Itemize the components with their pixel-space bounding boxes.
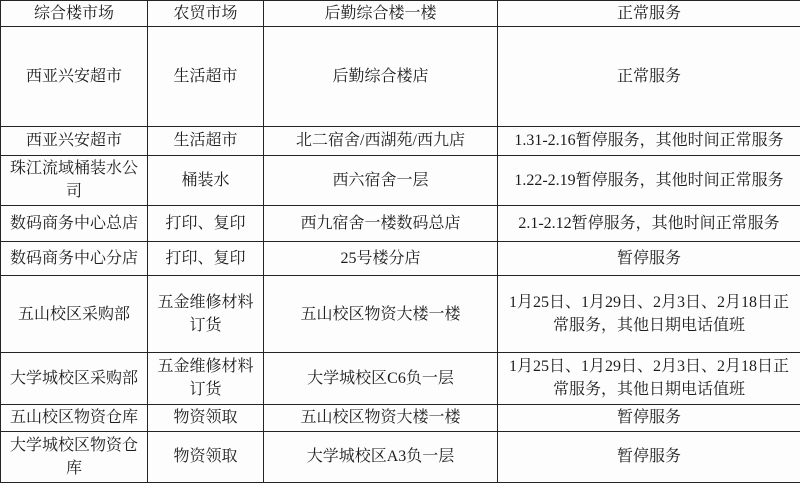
cell-status: 1月25日、1月29日、2月3日、2月18日正常服务，其他日期电话值班	[498, 276, 800, 353]
cell-status: 1.22-2.19暂停服务，其他时间正常服务	[498, 155, 800, 206]
cell-service-type: 物资领取	[148, 404, 264, 431]
table-row: 五山校区采购部 五金维修材料订货 五山校区物资大楼一楼 1月25日、1月29日、…	[1, 276, 800, 353]
cell-location: 后勤综合楼店	[264, 27, 498, 127]
cell-location: 五山校区物资大楼一楼	[264, 276, 498, 353]
table-row: 数码商务中心总店 打印、复印 西九宿舍一楼数码总店 2.1-2.12暂停服务，其…	[1, 206, 800, 242]
cell-status: 暂停服务	[498, 242, 800, 276]
cell-service-type: 五金维修材料订货	[148, 353, 264, 404]
col-header-status: 正常服务	[498, 1, 800, 27]
cell-service-type: 五金维修材料订货	[148, 276, 264, 353]
service-schedule-page: 综合楼市场 农贸市场 后勤综合楼一楼 正常服务 西亚兴安超市 生活超市 后勤综合…	[0, 0, 800, 483]
table-row: 西亚兴安超市 生活超市 后勤综合楼店 正常服务	[1, 27, 800, 127]
cell-service-type: 打印、复印	[148, 242, 264, 276]
table-row: 五山校区物资仓库 物资领取 五山校区物资大楼一楼 暂停服务	[1, 404, 800, 431]
cell-vendor: 珠江流域桶装水公司	[1, 155, 148, 206]
cell-location: 25号楼分店	[264, 242, 498, 276]
cell-vendor: 西亚兴安超市	[1, 27, 148, 127]
cell-vendor: 大学城校区物资仓库	[1, 431, 148, 482]
service-status-table: 综合楼市场 农贸市场 后勤综合楼一楼 正常服务 西亚兴安超市 生活超市 后勤综合…	[0, 0, 800, 483]
cell-service-type: 生活超市	[148, 27, 264, 127]
col-header-market: 综合楼市场	[1, 1, 148, 27]
cell-vendor: 大学城校区采购部	[1, 353, 148, 404]
table-row: 西亚兴安超市 生活超市 北二宿舍/西湖苑/西九店 1.31-2.16暂停服务，其…	[1, 126, 800, 155]
col-header-location: 后勤综合楼一楼	[264, 1, 498, 27]
cell-vendor: 数码商务中心总店	[1, 206, 148, 242]
cell-status: 2.1-2.12暂停服务，其他时间正常服务	[498, 206, 800, 242]
cell-service-type: 物资领取	[148, 431, 264, 482]
table-row: 数码商务中心分店 打印、复印 25号楼分店 暂停服务	[1, 242, 800, 276]
table-row: 大学城校区物资仓库 物资领取 大学城校区A3负一层 暂停服务	[1, 431, 800, 482]
cell-service-type: 生活超市	[148, 126, 264, 155]
table-row: 大学城校区采购部 五金维修材料订货 大学城校区C6负一层 1月25日、1月29日…	[1, 353, 800, 404]
cell-location: 西六宿舍一层	[264, 155, 498, 206]
cell-status: 1月25日、1月29日、2月3日、2月18日正常服务，其他日期电话值班	[498, 353, 800, 404]
cell-vendor: 五山校区物资仓库	[1, 404, 148, 431]
cell-status: 暂停服务	[498, 431, 800, 482]
cell-location: 五山校区物资大楼一楼	[264, 404, 498, 431]
cell-location: 大学城校区C6负一层	[264, 353, 498, 404]
cell-vendor: 五山校区采购部	[1, 276, 148, 353]
table-row: 珠江流域桶装水公司 桶装水 西六宿舍一层 1.22-2.19暂停服务，其他时间正…	[1, 155, 800, 206]
cell-status: 正常服务	[498, 27, 800, 127]
cell-status: 暂停服务	[498, 404, 800, 431]
cell-status: 1.31-2.16暂停服务，其他时间正常服务	[498, 126, 800, 155]
cell-location: 大学城校区A3负一层	[264, 431, 498, 482]
cell-vendor: 西亚兴安超市	[1, 126, 148, 155]
col-header-type: 农贸市场	[148, 1, 264, 27]
cell-vendor: 数码商务中心分店	[1, 242, 148, 276]
table-header-row: 综合楼市场 农贸市场 后勤综合楼一楼 正常服务	[1, 1, 800, 27]
cell-service-type: 打印、复印	[148, 206, 264, 242]
cell-service-type: 桶装水	[148, 155, 264, 206]
cell-location: 西九宿舍一楼数码总店	[264, 206, 498, 242]
cell-location: 北二宿舍/西湖苑/西九店	[264, 126, 498, 155]
